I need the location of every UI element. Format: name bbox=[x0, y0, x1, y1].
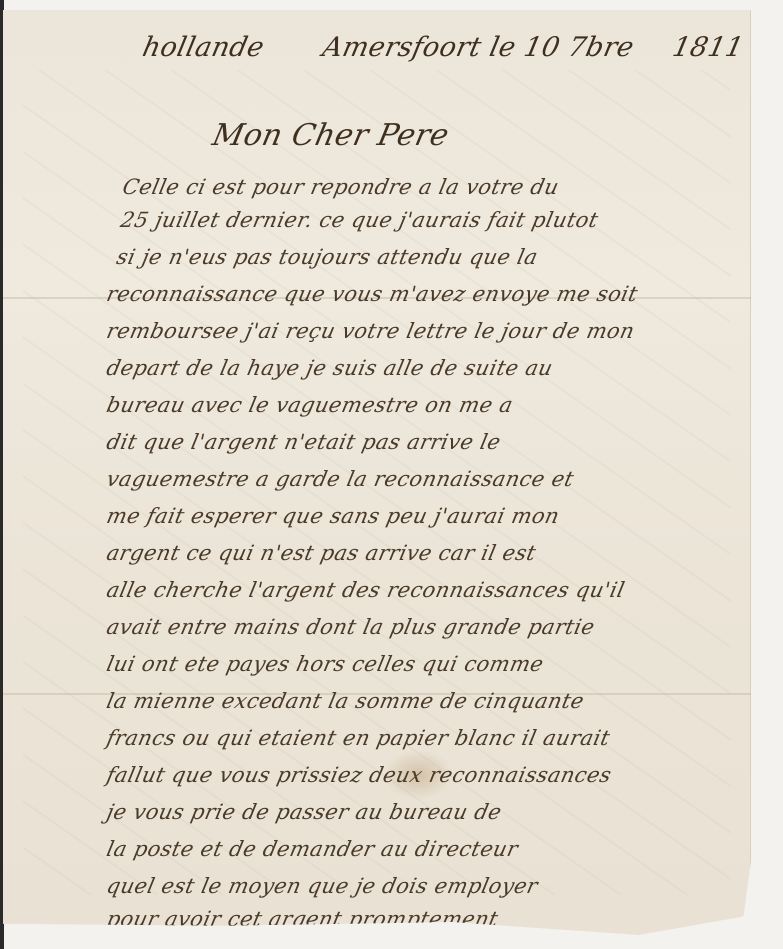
body-line: la mienne excedant la somme de cinquante bbox=[104, 689, 586, 713]
body-line: bureau avec le vaguemestre on me a bbox=[104, 393, 515, 417]
body-line: alle cherche l'argent des reconnaissance… bbox=[104, 578, 627, 602]
body-line: 25 juillet dernier. ce que j'aurais fait… bbox=[118, 208, 600, 232]
letter-place-date: Amersfoort le 10 7bre bbox=[320, 32, 637, 63]
body-line: dit que l'argent n'etait pas arrive le bbox=[104, 430, 503, 454]
body-line: francs ou qui etaient en papier blanc il… bbox=[104, 726, 612, 750]
body-line: depart de la haye je suis alle de suite … bbox=[104, 356, 555, 380]
body-line: je vous prie de passer au bureau de bbox=[104, 800, 503, 824]
letter-region: hollande bbox=[140, 32, 267, 63]
body-line: avait entre mains dont la plus grande pa… bbox=[104, 615, 597, 639]
body-line: remboursee j'ai reçu votre lettre le jou… bbox=[104, 319, 636, 343]
body-line: reconnaissance que vous m'avez envoye me… bbox=[104, 282, 640, 306]
body-line: fallut que vous prissiez deux reconnaiss… bbox=[104, 763, 613, 787]
body-line: si je n'eus pas toujours attendu que la bbox=[114, 245, 540, 269]
body-line: la poste et de demander au directeur bbox=[104, 837, 520, 861]
body-line: Celle ci est pour repondre a la votre du bbox=[120, 175, 561, 199]
body-line: quel est le moyen que je dois employer bbox=[104, 874, 540, 898]
body-line: me fait esperer que sans peu j'aurai mon bbox=[104, 504, 561, 528]
letter-year: 1811 bbox=[670, 32, 747, 63]
salutation: Mon Cher Pere bbox=[209, 118, 452, 153]
body-line: argent ce qui n'est pas arrive car il es… bbox=[104, 541, 538, 565]
letter-page: hollande Amersfoort le 10 7bre 1811 Mon … bbox=[3, 10, 751, 935]
body-line: pour avoir cet argent promptement bbox=[104, 907, 500, 931]
body-line: vaguemestre a garde la reconnaissance et bbox=[104, 467, 576, 491]
body-line: lui ont ete payes hors celles qui comme bbox=[104, 652, 545, 676]
